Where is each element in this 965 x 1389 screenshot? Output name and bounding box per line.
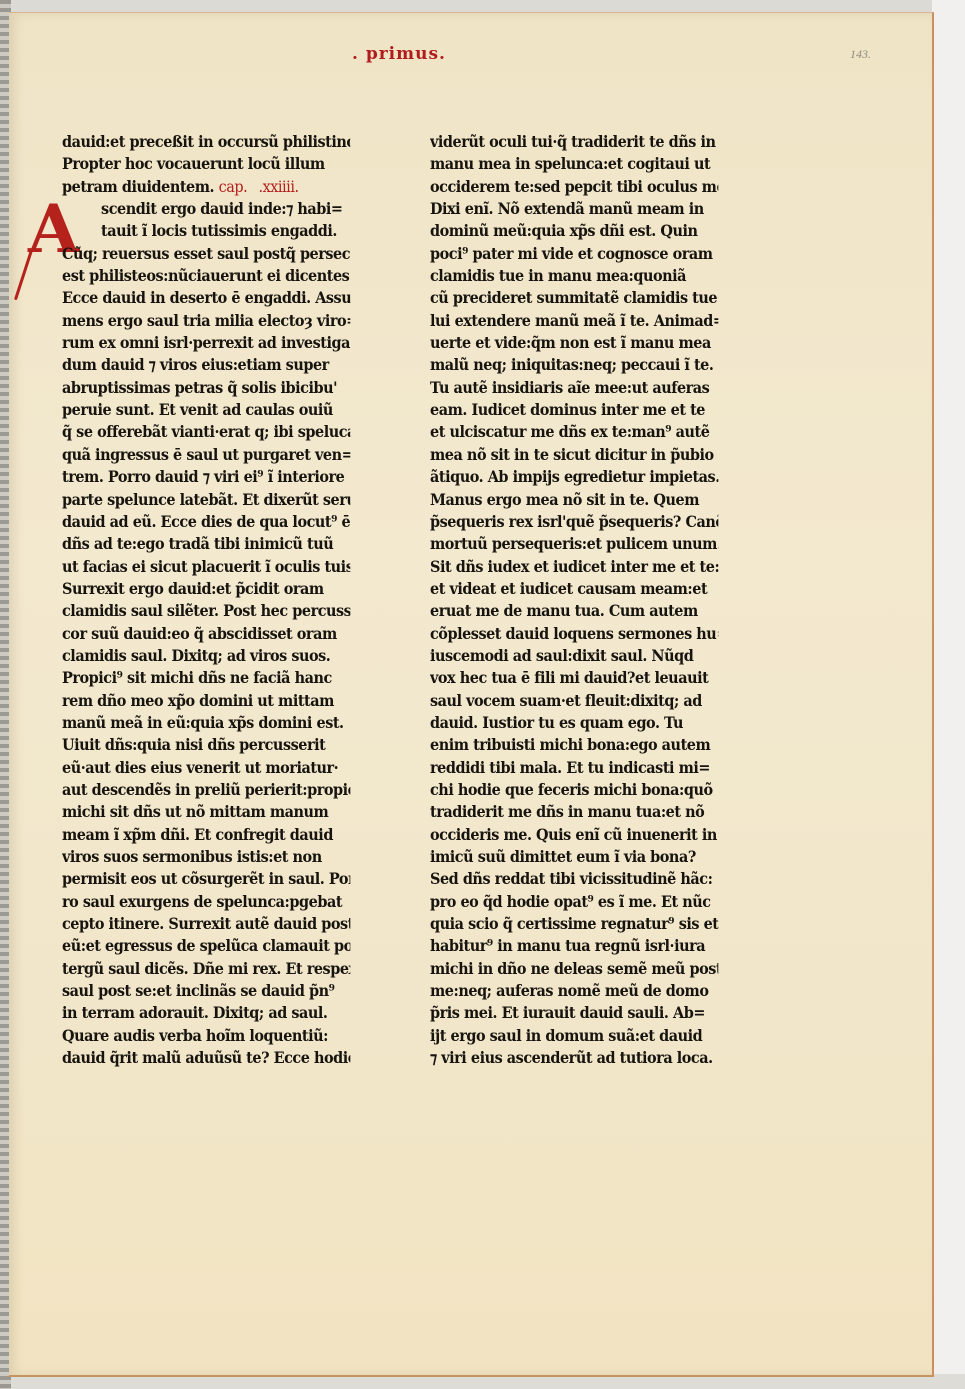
text-line: in terram adorauit. Dixitq; ad saul. [62, 1002, 350, 1024]
text-column-right: viderũt oculi tui·q̃ tradiderit te dñs i… [430, 131, 740, 1069]
text-line: cũ precideret summitatẽ clamidis tue·no= [430, 287, 718, 309]
line-text: pro eo q̃d hodie opat⁹ es ĩ me. Et nũc [430, 892, 711, 911]
line-text: dominũ meũ:quia xp̃s dñi est. Quin [430, 221, 698, 240]
text-line: uerte et vide:q̃m non est ĩ manu mea [430, 332, 718, 354]
text-line: clamidis saul silẽter. Post hec percussi… [62, 600, 350, 622]
text-line: eam. Iudicet dominus inter me et te [430, 399, 718, 421]
text-line: dauid:et preceßit in occursũ philistinoȝ… [62, 131, 350, 153]
line-text: uerte et vide:q̃m non est ĩ manu mea [430, 333, 711, 352]
line-text: habitur⁹ in manu tua regnũ isrl·iura [430, 936, 705, 955]
line-text: petram diuidentem. [62, 177, 214, 196]
line-text: saul post se:et inclinãs se dauid p̃n⁹ [62, 981, 334, 1000]
text-line: saul vocem suam·et fleuit:dixitq; ad [430, 690, 718, 712]
line-text: Ecce dauid in deserto ē engaddi. Assu= [62, 288, 350, 307]
line-text: clamidis saul. Dixitq; ad viros suos. [62, 646, 330, 665]
text-line: viros suos sermonibus istis:et non [62, 846, 350, 868]
text-line: dominũ meũ:quia xp̃s dñi est. Quin [430, 220, 718, 242]
text-line: Manus ergo mea nõ sit in te. Quem [430, 489, 718, 511]
line-text: rum ex omni isrl·perrexit ad investigan= [62, 333, 350, 352]
text-line: Dixi enĩ. Nõ extendã manũ meam in [430, 198, 718, 220]
line-text: lui extendere manũ meã ĩ te. Animad= [430, 311, 718, 330]
text-line: enim tribuisti michi bona:ego autem [430, 734, 718, 756]
text-line: Propici⁹ sit michi dñs ne faciã hanc [62, 667, 350, 689]
text-line: rem dño meo xp̃o domini ut mittam [62, 690, 350, 712]
line-text: tradiderit me dñs in manu tua:et nõ [430, 802, 704, 821]
text-line: trem. Porro dauid ⁊ viri ei⁹ ĩ interiore [62, 466, 350, 488]
text-line: manũ meã in eũ:quia xp̃s domini est. [62, 712, 350, 734]
text-line: permisit eos ut cõsurgerẽt in saul. Por= [62, 868, 350, 890]
text-column-left: dauid:et preceßit in occursũ philistinoȝ… [62, 131, 372, 1069]
line-text: ut facias ei sicut placuerit ĩ oculis tu… [62, 557, 350, 576]
line-text: et ulciscatur me dñs ex te:man⁹ autẽ [430, 422, 709, 441]
line-text: iuscemodi ad saul:dixit saul. Nũqd [430, 646, 693, 665]
text-line: tergũ saul dicẽs. Dñe mi rex. Et respexi… [62, 958, 350, 980]
line-text: Uiuit dñs:quia nisi dñs percusserit [62, 735, 325, 754]
line-text: ijt ergo saul in domum suã:et dauid [430, 1026, 702, 1045]
text-line: Sit dñs iudex et iudicet inter me et te: [430, 556, 718, 578]
line-text: eruat me de manu tua. Cum autem [430, 601, 698, 620]
text-line: dauid ad eũ. Ecce dies de qua locut⁹ ē [62, 511, 350, 533]
text-line: tradiderit me dñs in manu tua:et nõ [430, 801, 718, 823]
line-text: dauid. Iustior tu es quam ego. Tu [430, 713, 683, 732]
text-line: et videat et iudicet causam meam:et [430, 578, 718, 600]
line-text: manũ meã in eũ:quia xp̃s domini est. [62, 713, 344, 732]
text-line: manu mea in spelunca:et cogitaui ut [430, 153, 718, 175]
text-line: parte spelunce latebãt. Et dixerũt serui [62, 489, 350, 511]
text-line: iuscemodi ad saul:dixit saul. Nũqd [430, 645, 718, 667]
line-text: dñs ad te:ego tradã tibi inimicũ tuũ [62, 534, 333, 553]
line-text: reddidi tibi mala. Et tu indicasti mi= [430, 758, 710, 777]
line-text: clamidis saul silẽter. Post hec percussi… [62, 601, 350, 620]
text-line: dñs ad te:ego tradã tibi inimicũ tuũ [62, 533, 350, 555]
line-text: poci⁹ pater mi vide et cognosce oram [430, 244, 713, 263]
line-text: malũ neq; iniquitas:neq; peccaui ĩ te. [430, 355, 713, 374]
text-line: michi in dño ne deleas semẽ meũ post [430, 958, 718, 980]
line-text: me:neq; auferas nomẽ meũ de domo [430, 981, 708, 1000]
line-text: trem. Porro dauid ⁊ viri ei⁹ ĩ interiore [62, 467, 344, 486]
text-line: Propter hoc vocauerunt locũ illum [62, 153, 350, 175]
text-line: cepto itinere. Surrexit autẽ dauid post [62, 913, 350, 935]
line-text: est philisteos:nũciauerunt ei dicentes. [62, 266, 350, 285]
text-line: habitur⁹ in manu tua regnũ isrl·iura [430, 935, 718, 957]
line-text: cor suũ dauid:eo q̃ abscidisset oram [62, 624, 337, 643]
text-line: quã ingressus ē saul ut purgaret ven= [62, 444, 350, 466]
line-text: Quare audis verba hoĩm loquentiũ: [62, 1026, 328, 1045]
text-line: rum ex omni isrl·perrexit ad investigan= [62, 332, 350, 354]
text-line: ⁊ viri eius ascenderũt ad tutiora loca. [430, 1047, 718, 1069]
text-line: scendit ergo dauid inde:⁊ habi= [62, 198, 350, 220]
scan-backdrop-right [932, 0, 965, 1389]
chapter-rubric-number: .xxiiii. [258, 178, 298, 196]
line-text: mens ergo saul tria milia electoȝ viro= [62, 311, 350, 330]
line-text: Tu autẽ insidiaris aĩe mee:ut auferas [430, 378, 709, 397]
text-line: ut facias ei sicut placuerit ĩ oculis tu… [62, 556, 350, 578]
text-line: ãtiquo. Ab impijs egredietur impietas. [430, 466, 718, 488]
line-text: occideris me. Quis enĩ cũ inuenerit in= [430, 825, 718, 844]
text-line: aut descendẽs in preliũ perierit:propici… [62, 779, 350, 801]
line-text: parte spelunce latebãt. Et dixerũt serui [62, 490, 350, 509]
text-line: q̃ se offerebãt vianti·erat q; ibi spelu… [62, 421, 350, 443]
scan-backdrop-top [0, 0, 965, 12]
text-line: reddidi tibi mala. Et tu indicasti mi= [430, 757, 718, 779]
text-line: mens ergo saul tria milia electoȝ viro= [62, 310, 350, 332]
text-line: Uiuit dñs:quia nisi dñs percusserit [62, 734, 350, 756]
text-line: Ecce dauid in deserto ē engaddi. Assu= [62, 287, 350, 309]
line-text: manu mea in spelunca:et cogitaui ut [430, 154, 710, 173]
text-line: dauid. Iustior tu es quam ego. Tu [430, 712, 718, 734]
line-text: ãtiquo. Ab impijs egredietur impietas. [430, 467, 718, 486]
line-text: scendit ergo dauid inde:⁊ habi= [101, 199, 342, 218]
text-line: eũ·aut dies eius venerit ut moriatur· [62, 757, 350, 779]
text-line: occideris me. Quis enĩ cũ inuenerit in= [430, 824, 718, 846]
text-line: me:neq; auferas nomẽ meũ de domo [430, 980, 718, 1002]
line-text: dauid ad eũ. Ecce dies de qua locut⁹ ē [62, 512, 350, 531]
text-line: mea nõ sit in te sicut dicitur in p̃ubio [430, 444, 718, 466]
line-text: aut descendẽs in preliũ perierit:propici… [62, 780, 350, 799]
line-text: eũ:et egressus de spelũca clamauit post [62, 936, 350, 955]
line-text: quia scio q̃ certissime regnatur⁹ sis et [430, 914, 718, 933]
line-text: mortuũ persequeris:et pulicem unum. [430, 534, 718, 553]
line-text: occiderem te:sed pepcit tibi oculus me⁹. [430, 177, 718, 196]
line-text: mea nõ sit in te sicut dicitur in p̃ubio [430, 445, 714, 464]
line-text: rem dño meo xp̃o domini ut mittam [62, 691, 334, 710]
line-text: quã ingressus ē saul ut purgaret ven= [62, 445, 350, 464]
text-line: dum dauid ⁊ viros eius:etiam super [62, 354, 350, 376]
line-text: p̃sequeris rex isrl'quẽ p̃sequeris? Canẽ [430, 512, 718, 531]
text-line: peruie sunt. Et venit ad caulas ouiũ [62, 399, 350, 421]
text-line: Tu autẽ insidiaris aĩe mee:ut auferas [430, 377, 718, 399]
line-text: enim tribuisti michi bona:ego autem [430, 735, 710, 754]
line-text: eũ·aut dies eius venerit ut moriatur· [62, 758, 338, 777]
text-line: clamidis saul. Dixitq; ad viros suos. [62, 645, 350, 667]
line-text: dum dauid ⁊ viros eius:etiam super [62, 355, 329, 374]
line-text: chi hodie que feceris michi bona:quõ [430, 780, 713, 799]
text-line: quia scio q̃ certissime regnatur⁹ sis et [430, 913, 718, 935]
line-text: michi sit dñs ut nõ mittam manum [62, 802, 328, 821]
line-text: ro saul exurgens de spelunca:pgebat [62, 892, 342, 911]
line-text: Propici⁹ sit michi dñs ne faciã hanc [62, 668, 332, 687]
line-text: tauit ĩ locis tutissimis engaddi. [101, 221, 337, 240]
line-text: eam. Iudicet dominus inter me et te [430, 400, 705, 419]
text-line: abruptissimas petras q̃ solis ibicibu' [62, 377, 350, 399]
line-text: p̃ris mei. Et iurauit dauid sauli. Ab= [430, 1003, 705, 1022]
text-line: Surrexit ergo dauid:et p̃cidit oram [62, 578, 350, 600]
text-line: michi sit dñs ut nõ mittam manum [62, 801, 350, 823]
line-text: Surrexit ergo dauid:et p̃cidit oram [62, 579, 324, 598]
line-text: michi in dño ne deleas semẽ meũ post [430, 959, 718, 978]
text-line: cor suũ dauid:eo q̃ abscidisset oram [62, 623, 350, 645]
text-line: cõplesset dauid loquens sermones hu= [430, 623, 718, 645]
running-head: . primus. [352, 44, 446, 64]
text-line: ro saul exurgens de spelunca:pgebat [62, 891, 350, 913]
text-line: Quare audis verba hoĩm loquentiũ: [62, 1025, 350, 1047]
text-line: eruat me de manu tua. Cum autem [430, 600, 718, 622]
line-text: dauid:et preceßit in occursũ philistinoȝ… [62, 132, 350, 151]
text-line: imicũ suũ dimittet eum ĩ via bona? [430, 846, 718, 868]
text-line: Cũq; reuersus esset saul postq̃ persecut… [62, 243, 350, 265]
line-text: meam ĩ xp̃m dñi. Et confregit dauid [62, 825, 333, 844]
text-line: ijt ergo saul in domum suã:et dauid [430, 1025, 718, 1047]
text-line: vox hec tua ē fili mi dauid?et leuauit [430, 667, 718, 689]
line-text: permisit eos ut cõsurgerẽt in saul. Por= [62, 869, 350, 888]
line-text: cũ precideret summitatẽ clamidis tue·no= [430, 288, 718, 307]
line-text: Cũq; reuersus esset saul postq̃ persecut… [62, 244, 350, 263]
line-text: vox hec tua ē fili mi dauid?et leuauit [430, 668, 708, 687]
line-text: cepto itinere. Surrexit autẽ dauid post [62, 914, 350, 933]
line-text: ⁊ viri eius ascenderũt ad tutiora loca. [430, 1048, 713, 1067]
line-text: Manus ergo mea nõ sit in te. Quem [430, 490, 699, 509]
text-line: saul post se:et inclinãs se dauid p̃n⁹ [62, 980, 350, 1002]
text-line: pro eo q̃d hodie opat⁹ es ĩ me. Et nũc [430, 891, 718, 913]
line-text: saul vocem suam·et fleuit:dixitq; ad [430, 691, 702, 710]
text-line: chi hodie que feceris michi bona:quõ [430, 779, 718, 801]
line-text: abruptissimas petras q̃ solis ibicibu' [62, 378, 337, 397]
text-line: malũ neq; iniquitas:neq; peccaui ĩ te. [430, 354, 718, 376]
line-text: peruie sunt. Et venit ad caulas ouiũ [62, 400, 333, 419]
text-line: tauit ĩ locis tutissimis engaddi. [62, 220, 350, 242]
line-text: viros suos sermonibus istis:et non [62, 847, 322, 866]
line-text: in terram adorauit. Dixitq; ad saul. [62, 1003, 327, 1022]
line-text: imicũ suũ dimittet eum ĩ via bona? [430, 847, 696, 866]
text-line: meam ĩ xp̃m dñi. Et confregit dauid [62, 824, 350, 846]
line-text: Dixi enĩ. Nõ extendã manũ meam in [430, 199, 704, 218]
line-text: et videat et iudicet causam meam:et [430, 579, 707, 598]
text-line: est philisteos:nũciauerunt ei dicentes. [62, 265, 350, 287]
text-line: petram diuidentem. cap..xxiiii. [62, 176, 350, 198]
text-line: poci⁹ pater mi vide et cognosce oram [430, 243, 718, 265]
text-line: p̃sequeris rex isrl'quẽ p̃sequeris? Canẽ [430, 511, 718, 533]
text-line: p̃ris mei. Et iurauit dauid sauli. Ab= [430, 1002, 718, 1024]
text-line: Sed dñs reddat tibi vicissitudinẽ hãc: [430, 868, 718, 890]
line-text: q̃ se offerebãt vianti·erat q; ibi spelu… [62, 422, 350, 441]
text-line: clamidis tue in manu mea:quoniã [430, 265, 718, 287]
line-text: Sit dñs iudex et iudicet inter me et te: [430, 557, 718, 576]
text-line: mortuũ persequeris:et pulicem unum. [430, 533, 718, 555]
text-line: et ulciscatur me dñs ex te:man⁹ autẽ [430, 421, 718, 443]
line-text: Propter hoc vocauerunt locũ illum [62, 154, 325, 173]
folio-number: 143. [850, 47, 871, 62]
text-line: dauid q̃rit malũ aduũsũ te? Ecce hodie [62, 1047, 350, 1069]
line-text: Sed dñs reddat tibi vicissitudinẽ hãc: [430, 869, 712, 888]
text-line: viderũt oculi tui·q̃ tradiderit te dñs i… [430, 131, 718, 153]
text-line: occiderem te:sed pepcit tibi oculus me⁹. [430, 176, 718, 198]
line-text: dauid q̃rit malũ aduũsũ te? Ecce hodie [62, 1048, 350, 1067]
text-line: eũ:et egressus de spelũca clamauit post [62, 935, 350, 957]
text-line: lui extendere manũ meã ĩ te. Animad= [430, 310, 718, 332]
line-text: cõplesset dauid loquens sermones hu= [430, 624, 718, 643]
line-text: viderũt oculi tui·q̃ tradiderit te dñs i… [430, 132, 715, 151]
chapter-rubric-label: cap. [219, 178, 248, 196]
line-text: tergũ saul dicẽs. Dñe mi rex. Et respexi… [62, 959, 350, 978]
line-text: clamidis tue in manu mea:quoniã [430, 266, 686, 285]
